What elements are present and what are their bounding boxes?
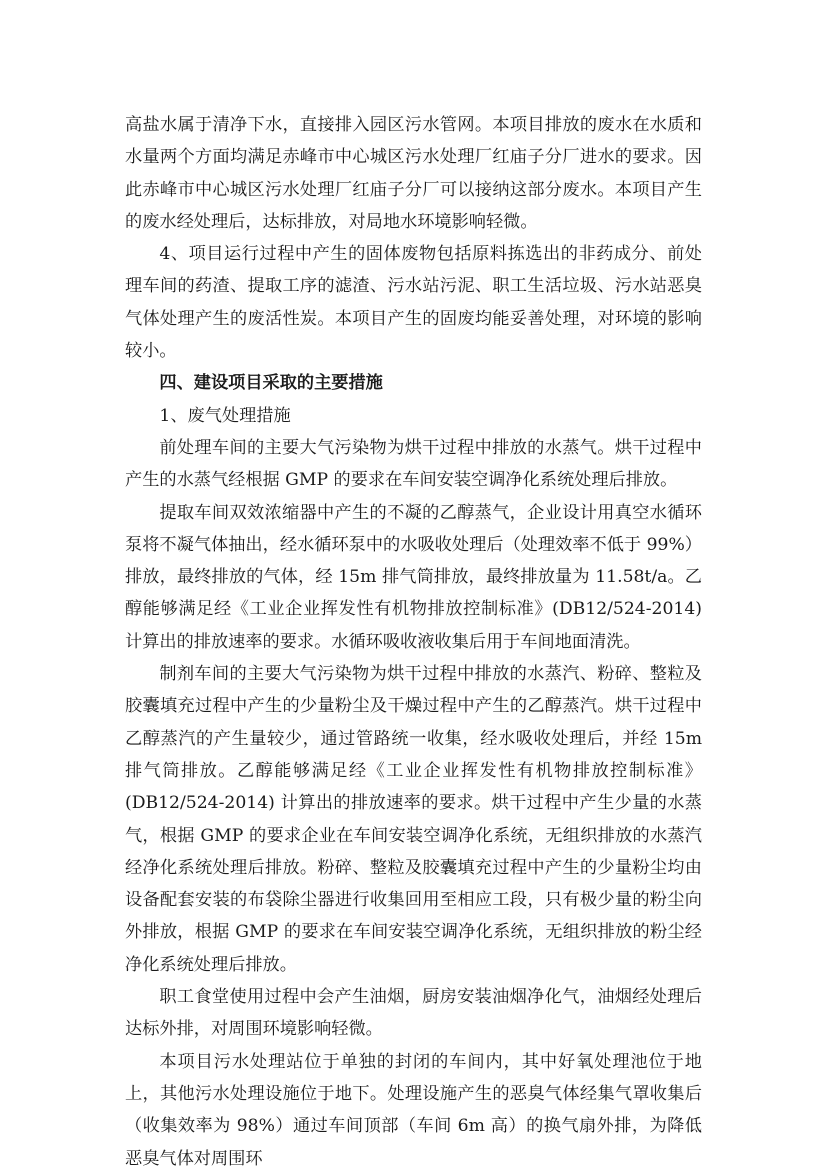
- section-heading-main-measures: 四、建设项目采取的主要措施: [125, 367, 702, 399]
- paragraph-solid-waste: 4、项目运行过程中产生的固体废物包括原料拣选出的非药成分、前处理车间的药渣、提取…: [125, 238, 702, 367]
- paragraph-preparation-workshop: 制剂车间的主要大气污染物为烘干过程中排放的水蒸汽、粉碎、整粒及胶囊填充过程中产生…: [125, 658, 702, 981]
- subheading-exhaust-gas-measures: 1、废气处理措施: [125, 400, 702, 432]
- paragraph-sewage-station: 本项目污水处理站位于单独的封闭的车间内，其中好氧处理池位于地上，其他污水处理设施…: [125, 1046, 702, 1169]
- paragraph-pretreatment-workshop: 前处理车间的主要大气污染物为烘干过程中排放的水蒸气。烘干过程中产生的水蒸气经根据…: [125, 432, 702, 497]
- paragraph-canteen: 职工食堂使用过程中会产生油烟，厨房安装油烟净化气，油烟经处理后达标外排，对周围环…: [125, 981, 702, 1046]
- paragraph-wastewater-continuation: 高盐水属于清净下水，直接排入园区污水管网。本项目排放的废水在水质和水量两个方面均…: [125, 109, 702, 238]
- paragraph-extraction-workshop: 提取车间双效浓缩器中产生的不凝的乙醇蒸气，企业设计用真空水循环泵将不凝气体抽出，…: [125, 497, 702, 658]
- document-page: 高盐水属于清净下水，直接排入园区污水管网。本项目排放的废水在水质和水量两个方面均…: [125, 109, 702, 1169]
